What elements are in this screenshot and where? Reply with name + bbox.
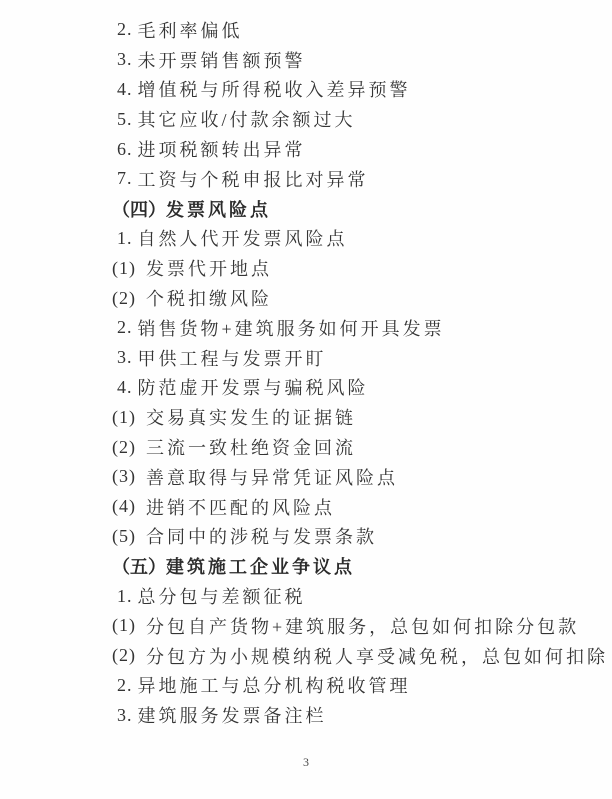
line-marker: （五） — [112, 553, 166, 579]
line-marker: (5) — [112, 526, 136, 547]
outline-line: 2. 销售货物+建筑服务如何开具发票 — [0, 313, 612, 343]
outline-line: 3. 建筑服务发票备注栏 — [0, 700, 612, 730]
line-text: 发票代开地点 — [146, 255, 272, 281]
page-number: 3 — [0, 755, 612, 770]
line-text: 合同中的涉税与发票条款 — [146, 523, 377, 549]
line-marker: (1) — [112, 407, 136, 428]
outline-line: （五） 建筑施工企业争议点 — [0, 551, 612, 581]
line-marker: (3) — [112, 466, 136, 487]
line-marker: （四） — [112, 196, 166, 222]
line-marker: 1. — [117, 228, 133, 249]
line-text: 增值税与所得税收入差异预警 — [138, 76, 411, 102]
outline-line: (2) 分包方为小规模纳税人享受减免税，总包如何扣除 — [0, 641, 612, 671]
outline-line: 6. 进项税额转出异常 — [0, 134, 612, 164]
line-marker: (2) — [112, 288, 136, 309]
line-text: 建筑服务发票备注栏 — [138, 702, 327, 728]
line-marker: (1) — [112, 615, 136, 636]
outline-line: (5) 合同中的涉税与发票条款 — [0, 522, 612, 552]
outline-line: (2) 个税扣缴风险 — [0, 283, 612, 313]
outline-line: 3. 未开票销售额预警 — [0, 45, 612, 75]
outline-line: 2. 异地施工与总分机构税收管理 — [0, 671, 612, 701]
line-marker: 3. — [117, 705, 133, 726]
line-text: 防范虚开发票与骗税风险 — [138, 374, 369, 400]
outline-line: (4) 进销不匹配的风险点 — [0, 492, 612, 522]
line-marker: 3. — [117, 49, 133, 70]
line-marker: 2. — [117, 675, 133, 696]
line-text: 甲供工程与发票开盯 — [138, 345, 327, 371]
line-marker: (4) — [112, 496, 136, 517]
outline-line: (1) 分包自产货物+建筑服务，总包如何扣除分包款 — [0, 611, 612, 641]
line-marker: (1) — [112, 258, 136, 279]
line-marker: 6. — [117, 139, 133, 160]
line-text: 交易真实发生的证据链 — [146, 404, 356, 430]
line-marker: 4. — [117, 377, 133, 398]
document-page: 2. 毛利率偏低 3. 未开票销售额预警 4. 增值税与所得税收入差异预警 5.… — [0, 0, 612, 799]
line-text: 三流一致杜绝资金回流 — [146, 434, 356, 460]
outline-list: 2. 毛利率偏低 3. 未开票销售额预警 4. 增值税与所得税收入差异预警 5.… — [0, 0, 612, 730]
line-marker: (2) — [112, 645, 136, 666]
line-text: 销售货物+建筑服务如何开具发票 — [138, 315, 445, 341]
line-text: 其它应收/付款余额过大 — [138, 106, 356, 132]
line-marker: 1. — [117, 586, 133, 607]
line-marker: 4. — [117, 79, 133, 100]
outline-line: (2) 三流一致杜绝资金回流 — [0, 432, 612, 462]
line-marker: 2. — [117, 317, 133, 338]
line-text: 未开票销售额预警 — [138, 47, 306, 73]
outline-line: 4. 增值税与所得税收入差异预警 — [0, 75, 612, 105]
outline-line: 2. 毛利率偏低 — [0, 15, 612, 45]
outline-line: （四） 发票风险点 — [0, 194, 612, 224]
line-marker: 2. — [117, 19, 133, 40]
outline-line: 1. 自然人代开发票风险点 — [0, 224, 612, 254]
outline-line: (1) 交易真实发生的证据链 — [0, 402, 612, 432]
outline-line: 1. 总分包与差额征税 — [0, 581, 612, 611]
line-text: 建筑施工企业争议点 — [166, 553, 355, 579]
line-text: 自然人代开发票风险点 — [138, 225, 348, 251]
line-marker: 7. — [117, 168, 133, 189]
line-text: 善意取得与异常凭证风险点 — [146, 464, 398, 490]
line-text: 总分包与差额征税 — [138, 583, 306, 609]
line-text: 发票风险点 — [166, 196, 271, 222]
line-text: 异地施工与总分机构税收管理 — [138, 672, 411, 698]
line-text: 工资与个税申报比对异常 — [138, 166, 369, 192]
outline-line: (3) 善意取得与异常凭证风险点 — [0, 462, 612, 492]
outline-line: 4. 防范虚开发票与骗税风险 — [0, 373, 612, 403]
outline-line: 3. 甲供工程与发票开盯 — [0, 343, 612, 373]
outline-line: 7. 工资与个税申报比对异常 — [0, 164, 612, 194]
line-marker: 5. — [117, 109, 133, 130]
line-marker: 3. — [117, 347, 133, 368]
line-marker: (2) — [112, 437, 136, 458]
outline-line: 5. 其它应收/付款余额过大 — [0, 104, 612, 134]
line-text: 分包方为小规模纳税人享受减免税，总包如何扣除 — [146, 643, 608, 669]
line-text: 个税扣缴风险 — [146, 285, 272, 311]
line-text: 分包自产货物+建筑服务，总包如何扣除分包款 — [146, 613, 579, 639]
line-text: 进项税额转出异常 — [138, 136, 306, 162]
line-text: 进销不匹配的风险点 — [146, 494, 335, 520]
outline-line: (1) 发票代开地点 — [0, 253, 612, 283]
line-text: 毛利率偏低 — [138, 17, 243, 43]
